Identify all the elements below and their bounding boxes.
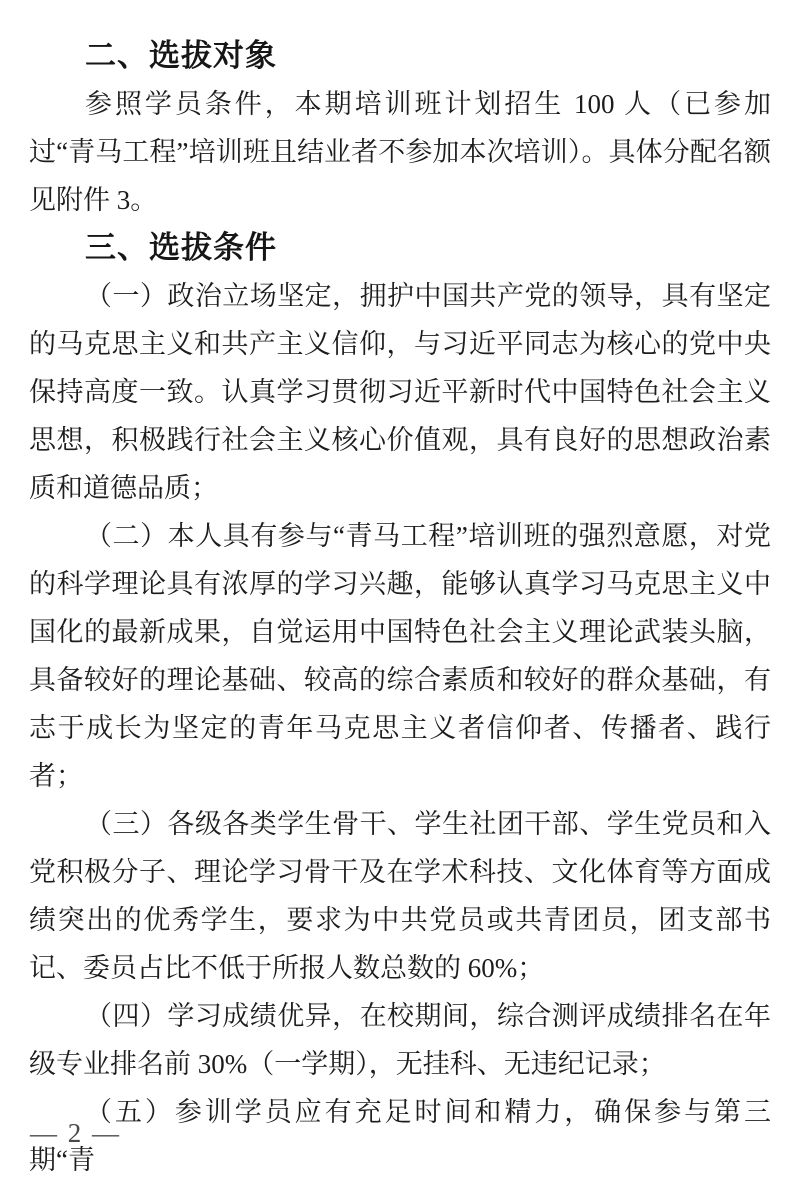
paragraph-criterion-4: （四）学习成绩优异，在校期间，综合测评成绩排名在年级专业排名前 30%（一学期）… xyxy=(29,992,771,1088)
paragraph-criterion-5: （五）参训学员应有充足时间和精力，确保参与第三期“青 xyxy=(29,1088,771,1182)
section-heading-selection-criteria: 三、选拔条件 xyxy=(29,224,771,272)
paragraph-criterion-1: （一）政治立场坚定，拥护中国共产党的领导，具有坚定的马克思主义和共产主义信仰，与… xyxy=(29,272,771,512)
document-page: 二、选拔对象 参照学员条件，本期培训班计划招生 100 人（已参加过“青马工程”… xyxy=(0,0,800,1182)
paragraph-enrollment-quota: 参照学员条件，本期培训班计划招生 100 人（已参加过“青马工程”培训班且结业者… xyxy=(29,80,771,224)
document-body: 二、选拔对象 参照学员条件，本期培训班计划招生 100 人（已参加过“青马工程”… xyxy=(29,32,771,1182)
paragraph-criterion-3: （三）各级各类学生骨干、学生社团干部、学生党员和入党积极分子、理论学习骨干及在学… xyxy=(29,800,771,992)
paragraph-criterion-2: （二）本人具有参与“青马工程”培训班的强烈意愿，对党的科学理论具有浓厚的学习兴趣… xyxy=(29,512,771,800)
page-number: — 2 — xyxy=(30,1118,121,1149)
section-heading-selection-targets: 二、选拔对象 xyxy=(29,32,771,80)
